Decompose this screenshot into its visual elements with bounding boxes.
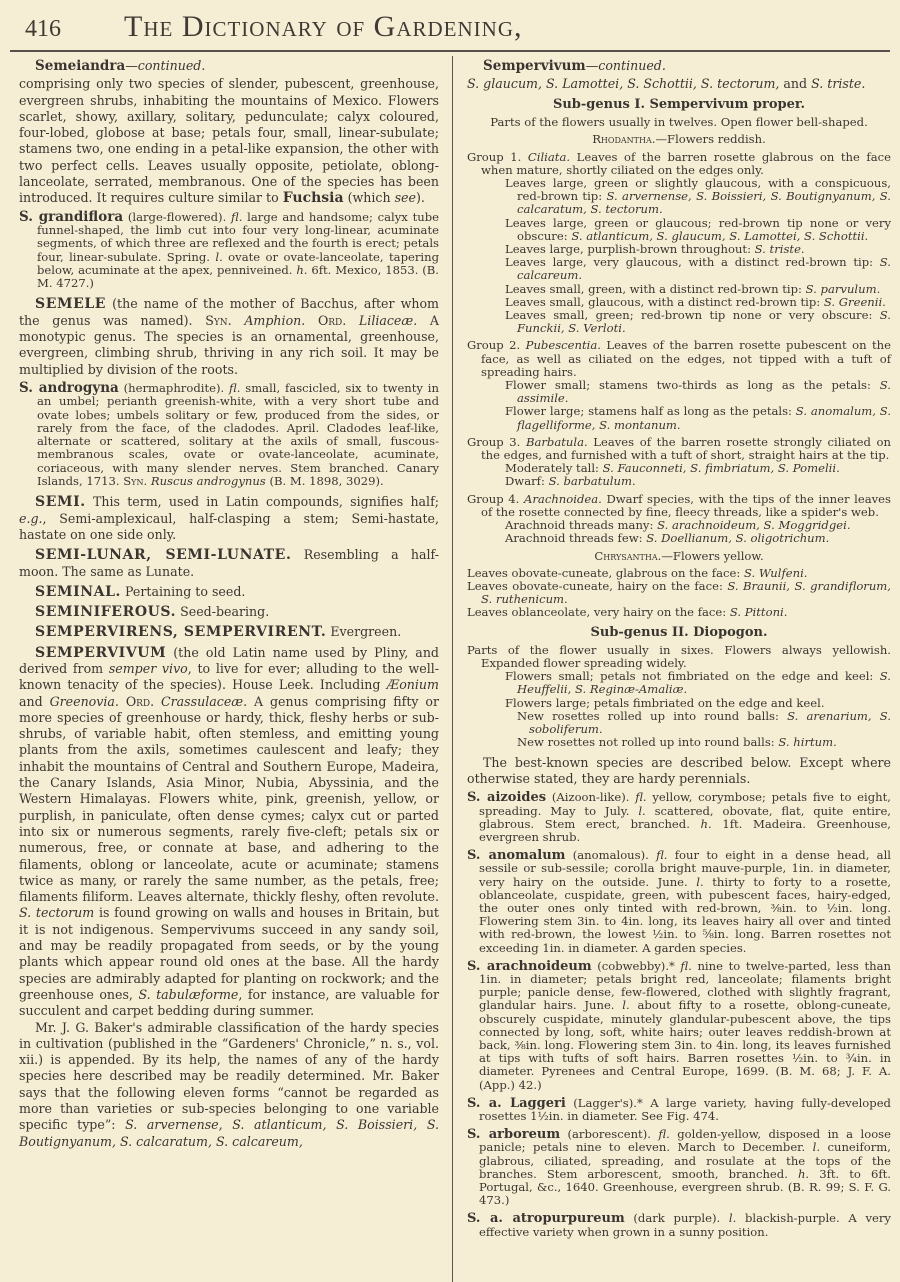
text: see xyxy=(395,190,416,205)
text: (large-flowered). xyxy=(123,210,231,224)
text: Mr. J. G. Baker's admirable classificati… xyxy=(19,1020,439,1133)
continued-genus: Semeiandra xyxy=(35,58,125,74)
text: semper vivo xyxy=(109,661,188,676)
right-column: Sempervivum—continued. S. glaucum, S. La… xyxy=(467,58,891,1244)
entry-sempervirens: SEMPERVIRENS, SEMPERVIRENT. Evergreen. xyxy=(19,624,439,640)
text: Evergreen. xyxy=(326,624,401,639)
species-list: S. arachnoideum, S. Moggridgei. xyxy=(657,518,850,532)
text: (which xyxy=(344,190,395,205)
species-list: S. parvulum. xyxy=(806,282,881,296)
entry-sempervivum: SEMPERVIVUM (the old Latin name used by … xyxy=(19,645,439,1020)
text: h. xyxy=(798,1167,809,1181)
text: Syn. xyxy=(205,313,231,328)
key-entry: Flower small; stamens two-thirds as long… xyxy=(467,379,891,405)
section-rhodantha: Rhodantha.—Flowers reddish. xyxy=(467,133,891,146)
species-entry-androgyna: S. androgyna (hermaphrodite). fl. small,… xyxy=(19,382,439,488)
species-list: S. Wulfeni. xyxy=(744,566,808,580)
text: (B. M. 1898, 3029). xyxy=(266,474,384,488)
text: Syn. xyxy=(123,474,147,488)
species-entries: S. aizoides (Aizoon-like). fl. yellow, c… xyxy=(467,791,891,1239)
text: —Flowers yellow. xyxy=(661,549,763,563)
text: and xyxy=(779,76,811,91)
key-entry: Leaves obovate-cuneate, hairy on the fac… xyxy=(467,580,891,606)
species-entry: S. arboreum (arborescent). fl. golden-ye… xyxy=(467,1128,891,1207)
text: Moderately tall: xyxy=(505,461,603,475)
continued-label: —continued. xyxy=(125,58,205,73)
headword: SEMI. xyxy=(35,494,86,510)
text: and xyxy=(19,694,50,709)
headword: SEMINIFEROUS. xyxy=(35,604,176,620)
text: Dwarf: xyxy=(505,474,549,488)
entry-semele: SEMELE (the name of the mother of Bacchu… xyxy=(19,296,439,377)
headword: SEMI-LUNAR, SEMI-LUNATE. xyxy=(35,547,291,563)
text: Pertaining to seed. xyxy=(121,584,245,599)
text: Greenovia xyxy=(50,694,115,709)
text: fl. xyxy=(635,790,646,804)
text: Leaves large, very glaucous, with a dist… xyxy=(505,255,880,269)
section-chrysantha: Chrysantha.—Flowers yellow. xyxy=(467,550,891,563)
entry-seminiferous: SEMINIFEROUS. Seed-bearing. xyxy=(19,604,439,620)
species-entry-grandiflora: S. grandiflora (large-flowered). fl. lar… xyxy=(19,211,439,291)
text: l. xyxy=(622,998,629,1012)
group-label: Group 4. xyxy=(467,492,524,506)
species-entry: S. aizoides (Aizoon-like). fl. yellow, c… xyxy=(467,791,891,844)
group-heading: Group 4. Arachnoidea. Dwarf species, wit… xyxy=(467,493,891,519)
key-entry: Flower large; stamens half as long as th… xyxy=(467,405,891,431)
text: A genus comprising fifty or more species… xyxy=(19,694,439,905)
text: Amphion. xyxy=(232,313,306,328)
text: Rhodantha. xyxy=(592,132,655,146)
text: Leaves small, green, with a distinct red… xyxy=(505,282,806,296)
entry-seminal: SEMINAL. Pertaining to seed. xyxy=(19,584,439,600)
headword: SEMELE xyxy=(35,296,106,312)
group-name: Barbatula. xyxy=(526,435,588,449)
text: Leaves oblanceolate, very hairy on the f… xyxy=(467,605,730,619)
text: Ruscus androgynus xyxy=(147,474,266,488)
key-entry: Leaves oblanceolate, very hairy on the f… xyxy=(467,606,891,619)
text: small, fascicled, six to twenty in an um… xyxy=(37,381,439,488)
text: Leaves obovate-cuneate, hairy on the fac… xyxy=(467,579,727,593)
text: New rosettes rolled up into round balls: xyxy=(517,709,787,723)
best-known-intro: The best-known species are described bel… xyxy=(467,755,891,787)
text: Chrysantha. xyxy=(594,549,661,563)
baker-classification-paragraph: Mr. J. G. Baker's admirable classificati… xyxy=(19,1020,439,1150)
text: ). xyxy=(416,190,425,205)
text: (dark purple). xyxy=(625,1211,729,1225)
species-entry: S. anomalum (anomalous). fl. four to eig… xyxy=(467,849,891,955)
headword: SEMPERVIVUM xyxy=(35,645,166,661)
species-list: S. Doellianum, S. oligotrichum. xyxy=(646,531,829,545)
text: S. tectorum xyxy=(19,905,94,920)
key-entry: Arachnoid threads few: S. Doellianum, S.… xyxy=(467,532,891,545)
species-entry: S. a. Laggeri (Lagger's).* A large varie… xyxy=(467,1097,891,1123)
text: Æonium xyxy=(387,677,439,692)
text: (anomalous). xyxy=(565,848,656,862)
text: fl. xyxy=(656,848,667,862)
page-number: 416 xyxy=(25,16,61,43)
text: S. tabulæforme xyxy=(138,987,238,1002)
key-entry: Leaves large, very glaucous, with a dist… xyxy=(467,256,891,282)
page-title: The Dictionary of Gardening, xyxy=(124,10,522,44)
group-heading: Group 3. Barbatula. Leaves of the barren… xyxy=(467,436,891,462)
text: New rosettes not rolled up into round ba… xyxy=(517,735,778,749)
group-name: Ciliata. xyxy=(528,150,570,164)
text: (arborescent). xyxy=(560,1127,658,1141)
group-name: Pubescentia. xyxy=(526,338,601,352)
text: (Aizoon-like). xyxy=(546,790,635,804)
subgenus-1-description: Parts of the flowers usually in twelves.… xyxy=(467,116,891,129)
chrysantha-entries: Leaves obovate-cuneate, glabrous on the … xyxy=(467,567,891,620)
text: Leaves small, green; red-brown tip none … xyxy=(505,308,880,322)
classification-groups: Group 1. Ciliata. Leaves of the barren r… xyxy=(467,151,891,546)
text: Leaves large, purplish-brown throughout: xyxy=(505,242,755,256)
key-entry: New rosettes not rolled up into round ba… xyxy=(467,736,891,749)
text: Arachnoid threads many: xyxy=(505,518,657,532)
abbr: fl. xyxy=(231,210,242,224)
text: Flowers small; petals not fimbriated on … xyxy=(505,669,880,683)
continued-genus: Sempervivum xyxy=(483,58,586,74)
text: Flower large; stamens half as long as th… xyxy=(505,404,796,418)
species-list: S. Greenii. xyxy=(824,295,886,309)
text: Seed-bearing. xyxy=(176,604,269,619)
header-rule xyxy=(10,50,890,52)
species-list: S. Pittoni. xyxy=(730,605,788,619)
subgenus-2-description: Parts of the flower usually in sixes. Fl… xyxy=(467,644,891,670)
key-entry: New rosettes rolled up into round balls:… xyxy=(467,710,891,736)
text: h. xyxy=(701,817,712,831)
text: , Semi-amplexicaul, half-clasping a stem… xyxy=(19,511,439,542)
group-heading: Group 1. Ciliata. Leaves of the barren r… xyxy=(467,151,891,177)
semeiandra-description: comprising only two species of slender, … xyxy=(19,76,439,206)
key-entry: Leaves large, green or glaucous; red-bro… xyxy=(467,217,891,243)
abbr: l. xyxy=(215,250,222,264)
text: Ord. xyxy=(305,313,346,328)
text: (cobwebby).* xyxy=(592,959,681,973)
key-entry: Leaves large, green or slightly glaucous… xyxy=(467,177,891,217)
text: Liliaceæ. xyxy=(346,313,417,328)
group-label: Group 3. xyxy=(467,435,526,449)
group-label: Group 2. xyxy=(467,338,526,352)
key-entry: Flowers small; petals not fimbriated on … xyxy=(467,670,891,696)
continued-heading: Semeiandra—continued. xyxy=(19,58,439,74)
continued-heading: Sempervivum—continued. xyxy=(467,58,891,74)
abbr: fl. xyxy=(229,381,240,395)
text: S. glaucum, S. Lamottei, S. Schottii, S.… xyxy=(467,76,779,91)
text: Leaves small, glaucous, with a distinct … xyxy=(505,295,824,309)
text: This term, used in Latin compounds, sign… xyxy=(86,494,439,509)
text: Crassulaceæ. xyxy=(154,694,247,709)
species-entry: S. a. atropurpureum (dark purple). l. bl… xyxy=(467,1212,891,1238)
xref-fuchsia: Fuchsia xyxy=(283,190,344,206)
headword: SEMINAL. xyxy=(35,584,121,600)
text: S. hirtum. xyxy=(778,735,836,749)
text: about fifty to a rosette, oblong-cuneate… xyxy=(479,998,891,1091)
text: . xyxy=(115,694,126,709)
text: Leaves obovate-cuneate, glabrous on the … xyxy=(467,566,744,580)
abbr: h. xyxy=(296,263,307,277)
text: l. xyxy=(696,875,703,889)
group-name: Arachnoidea. xyxy=(524,492,602,506)
key-entry: Dwarf: S. barbatulum. xyxy=(467,475,891,488)
entry-semi: SEMI. This term, used in Latin compounds… xyxy=(19,494,439,543)
species-list: S. triste. xyxy=(755,242,805,256)
text: l. xyxy=(813,1140,820,1154)
text: comprising only two species of slender, … xyxy=(19,76,439,205)
text: e.g. xyxy=(19,511,43,526)
text: —Flowers reddish. xyxy=(655,132,765,146)
column-divider xyxy=(452,56,453,1282)
subgenus-2-title: Sub-genus II. Diopogon. xyxy=(467,626,891,639)
text: fl. xyxy=(680,959,691,973)
species-list-continued: S. glaucum, S. Lamottei, S. Schottii, S.… xyxy=(467,76,891,92)
text: Arachnoid threads few: xyxy=(505,531,646,545)
text: S. triste. xyxy=(811,76,865,91)
species-entry: S. arachnoideum (cobwebby).* fl. nine to… xyxy=(467,960,891,1092)
text: Ord. xyxy=(126,694,154,709)
text: (hermaphrodite). xyxy=(119,381,229,395)
key-entry: Leaves small, green; red-brown tip none … xyxy=(467,309,891,335)
group-heading: Group 2. Pubescentia. Leaves of the barr… xyxy=(467,339,891,379)
subgenus-1-title: Sub-genus I. Sempervivum proper. xyxy=(467,98,891,111)
species-list: S. Fauconneti, S. fimbriatum, S. Pomelii… xyxy=(603,461,840,475)
entry-semi-lunar: SEMI-LUNAR, SEMI-LUNATE. Resembling a ha… xyxy=(19,547,439,580)
page-header: 416 The Dictionary of Gardening, xyxy=(0,0,900,50)
text: fl. xyxy=(658,1127,669,1141)
species-list: S. barbatulum. xyxy=(549,474,636,488)
continued-label: —continued. xyxy=(586,58,666,73)
text: l. xyxy=(638,804,645,818)
headword: SEMPERVIRENS, SEMPERVIRENT. xyxy=(35,624,326,640)
group-label: Group 1. xyxy=(467,150,528,164)
text: Flower small; stamens two-thirds as long… xyxy=(505,378,880,392)
left-column: Semeiandra—continued. comprising only tw… xyxy=(19,58,439,1150)
species-list: S. atlanticum, S. glaucum, S. Lamottei, … xyxy=(571,229,868,243)
